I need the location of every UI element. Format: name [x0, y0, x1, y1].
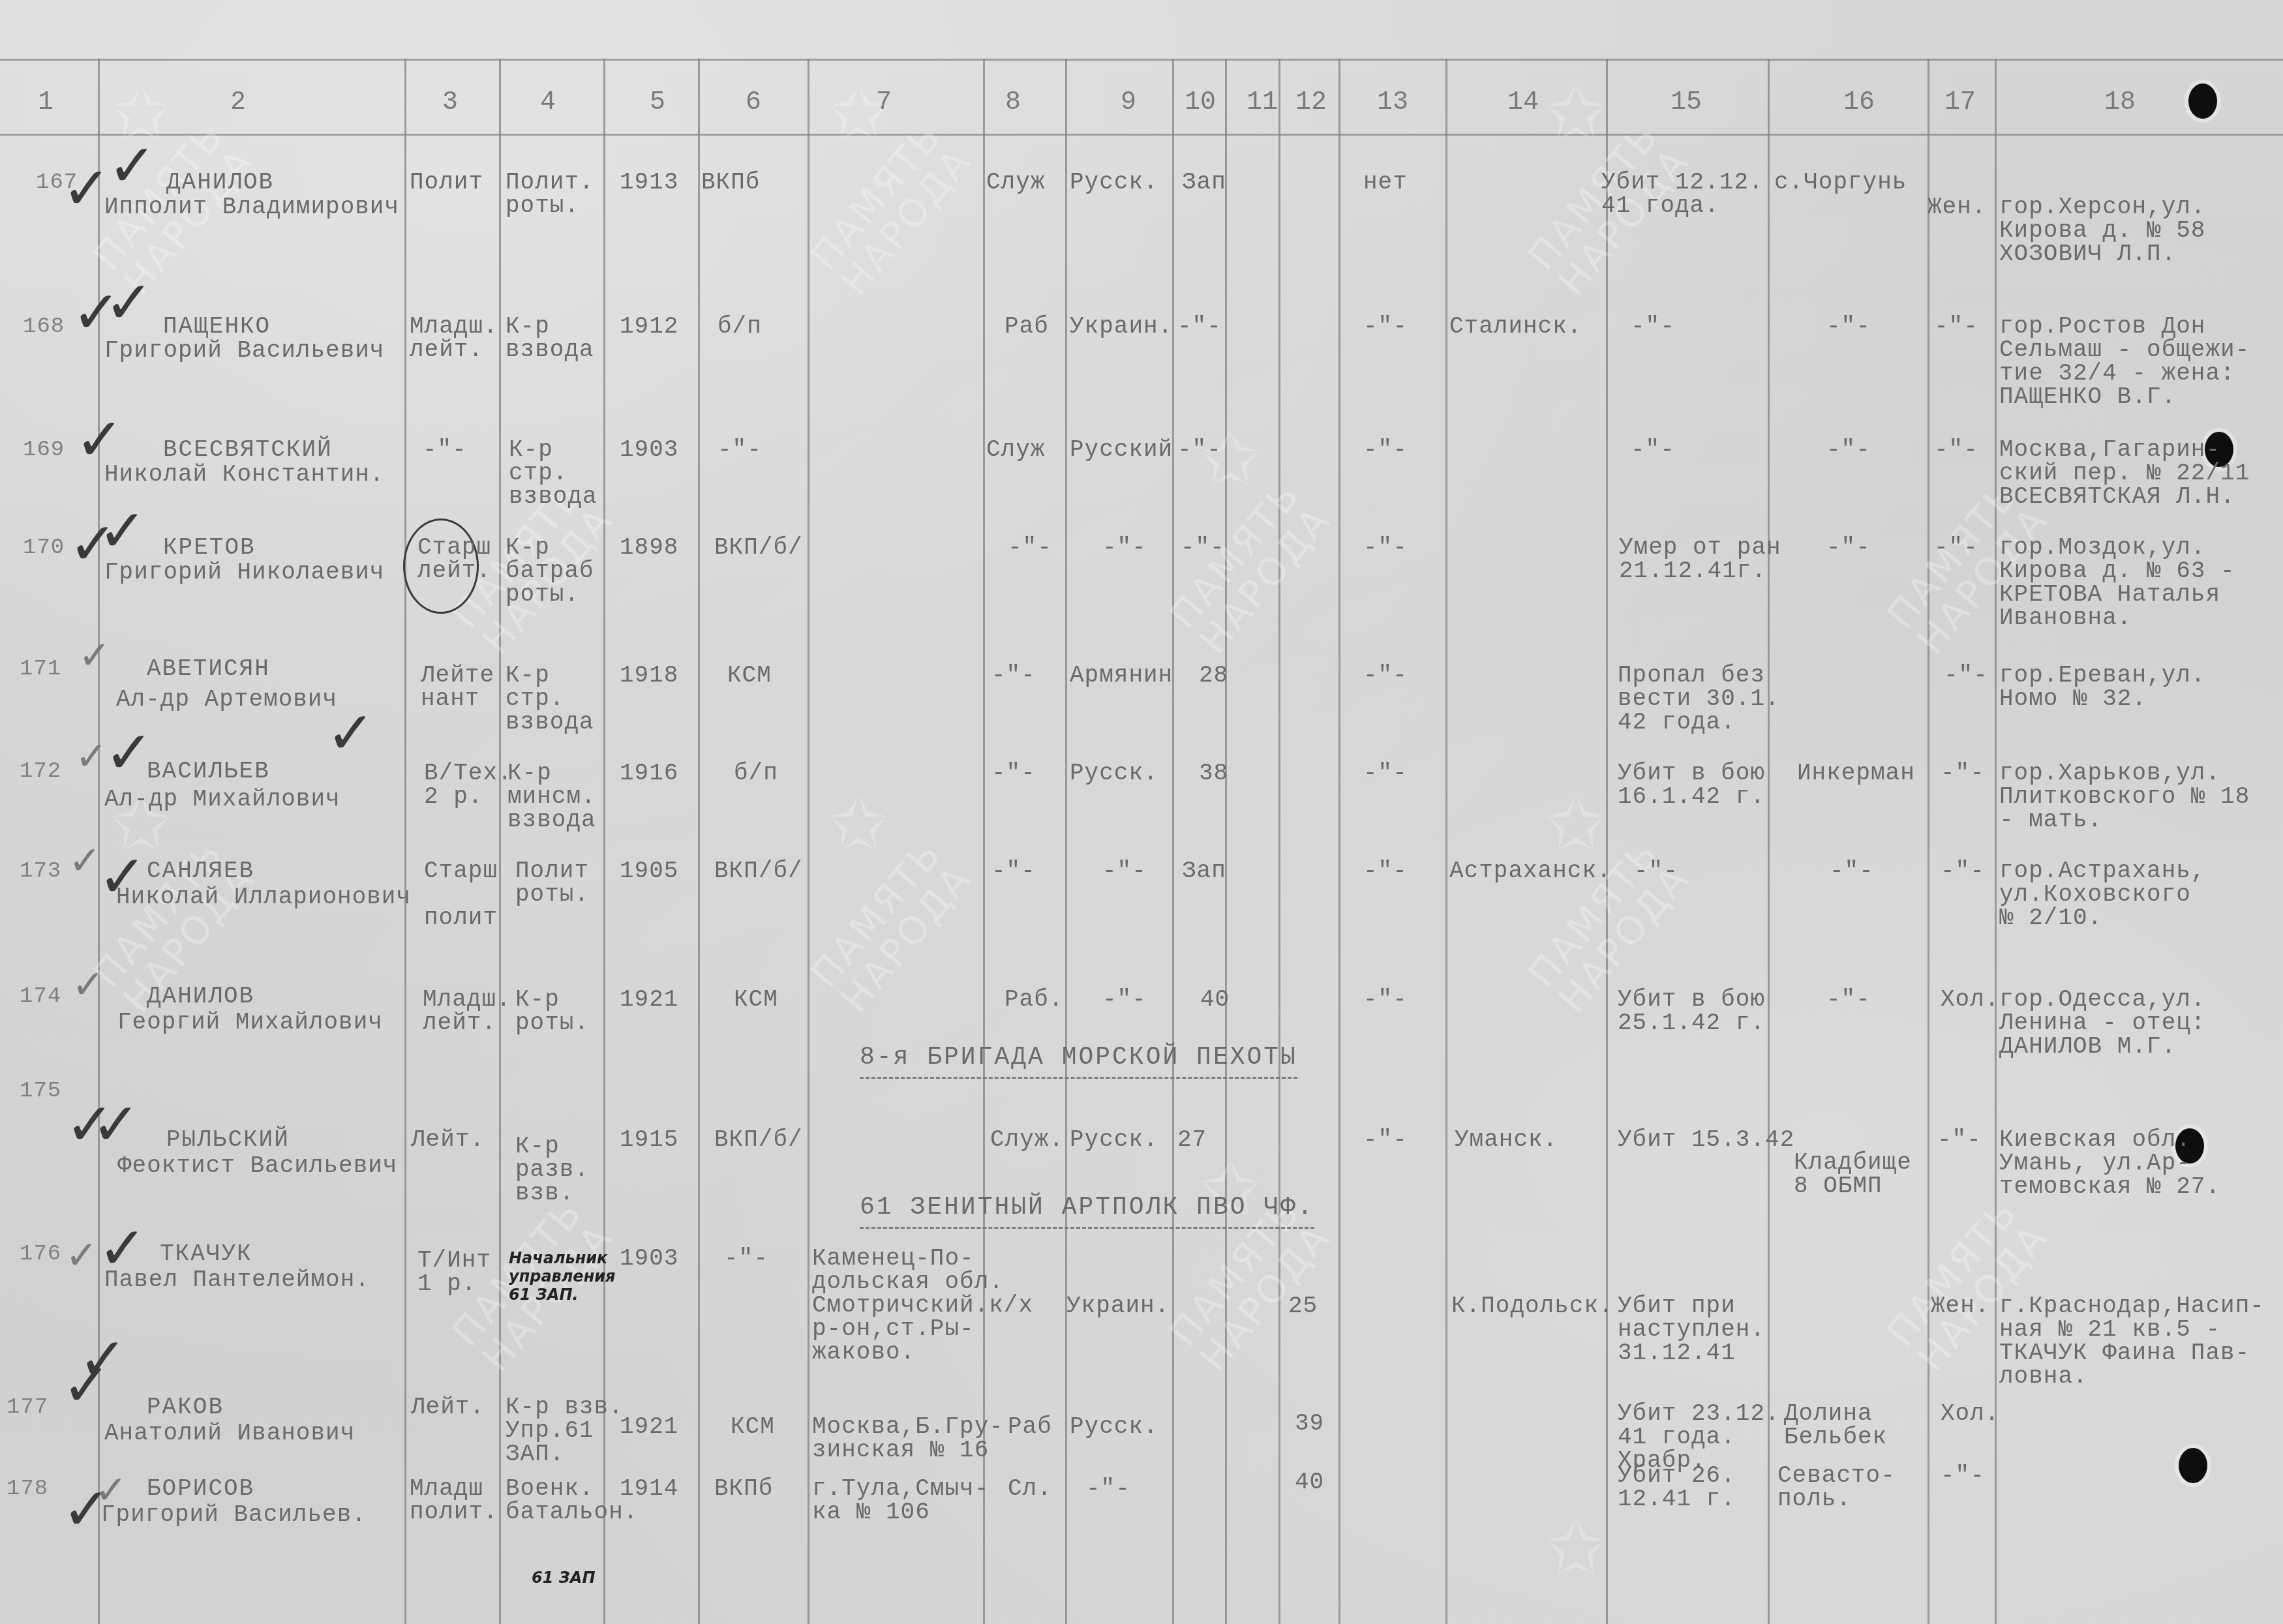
given-names: Георгий Михайлович	[117, 1011, 383, 1034]
social-origin: -"-	[991, 860, 1036, 883]
fate: -"-	[1631, 315, 1675, 338]
burial-place: -"-	[1830, 860, 1874, 883]
nationality: Русск.	[1070, 1415, 1158, 1439]
rank: Младш. лейт.	[423, 988, 511, 1035]
column-divider	[603, 59, 605, 1624]
birth-year: 1898	[620, 536, 678, 560]
surname: ПАЩЕНКО	[163, 315, 271, 338]
social-origin: Раб	[1005, 315, 1049, 338]
burial-place: Инкерман	[1797, 762, 1915, 785]
watermark-star-icon: ✩	[1546, 1507, 1606, 1590]
position: К-р стр. взвода	[509, 438, 597, 509]
col-10: 40	[1200, 988, 1230, 1012]
nationality: Армянин	[1070, 664, 1173, 687]
party: ВКП/б/	[714, 860, 803, 883]
birthplace-region: Сталинск.	[1449, 315, 1582, 338]
home-address: Каменец-По- дольская обл. Смотричский.к/…	[812, 1247, 1033, 1364]
burial-place: Севасто- поль.	[1777, 1464, 1896, 1511]
rank: -"-	[423, 438, 467, 462]
burial-place: Кладбище 8 ОБМП	[1794, 1151, 1912, 1198]
family-status: Жен.	[1928, 196, 1986, 219]
birth-year: 1916	[620, 762, 678, 785]
col-12: 25	[1288, 1295, 1318, 1318]
column-number-16: 16	[1843, 88, 1875, 117]
party: б/п	[734, 762, 778, 785]
family-status: Жен.	[1931, 1295, 1989, 1318]
col-13: нет	[1363, 171, 1408, 194]
birthplace-region: К.Подольск.	[1451, 1295, 1614, 1318]
party: КСМ	[731, 1415, 775, 1439]
surname: ДАНИЛОВ	[147, 985, 254, 1008]
party: КСМ	[727, 664, 772, 687]
burial-place: -"-	[1826, 315, 1871, 338]
column-number-18: 18	[2104, 88, 2136, 117]
fate: Умер от ран 21.12.41г.	[1619, 536, 1781, 583]
relatives-address: гор.Херсон,ул. Кирова д. № 58 ХОЗОВИЧ Л.…	[1999, 196, 2205, 266]
col-13: -"-	[1363, 438, 1408, 462]
position: Полит. роты.	[506, 171, 594, 218]
social-origin: Служ	[986, 438, 1045, 462]
relatives-address: Киевская обл. Умань, ул.Ар- темовская № …	[1999, 1128, 2220, 1199]
column-number-17: 17	[1944, 88, 1976, 117]
party: ВКПб	[714, 1477, 773, 1501]
nationality: -"-	[1086, 1477, 1130, 1501]
surname: БОРИСОВ	[147, 1477, 254, 1501]
top-border-line	[0, 59, 2283, 61]
birth-year: 1921	[620, 1415, 678, 1439]
column-number-14: 14	[1507, 88, 1539, 117]
birth-year: 1912	[620, 315, 678, 338]
column-divider	[499, 59, 501, 1624]
position: К-р взвода	[506, 315, 594, 362]
given-names: Ипполит Владимирович	[104, 196, 399, 219]
check-mark-icon: ✓	[65, 1236, 98, 1275]
burial-place: -"-	[1826, 988, 1871, 1012]
header-bottom-line	[0, 134, 2283, 136]
row-number: 170	[23, 536, 65, 560]
nationality: -"-	[1102, 988, 1147, 1012]
rank: В/Тех. 2 р.	[424, 762, 513, 809]
punch-hole	[2188, 83, 2217, 119]
surname: ВСЕСВЯТСКИЙ	[163, 438, 333, 462]
rank: Лейт.	[411, 1128, 485, 1152]
col-10: Зап	[1182, 860, 1226, 883]
row-number: 168	[23, 315, 65, 338]
column-number-6: 6	[746, 88, 761, 117]
column-divider	[698, 59, 700, 1624]
check-mark-icon: ✓	[68, 841, 101, 880]
watermark-text: ПАМЯТЬ НАРОДА	[804, 833, 978, 1019]
row-number: 167	[36, 171, 78, 194]
rank: Т/Инт 1 р.	[417, 1249, 491, 1296]
watermark-star-icon: ✩	[828, 783, 888, 866]
column-divider	[1995, 59, 1997, 1624]
column-number-2: 2	[230, 88, 246, 117]
party: ВКП/б/	[714, 536, 803, 560]
party: -"-	[724, 1247, 768, 1271]
birthplace-region: Астраханск.	[1449, 860, 1612, 883]
column-number-3: 3	[442, 88, 458, 117]
row-number: 169	[23, 438, 65, 462]
rank: Лейт.	[411, 1396, 485, 1419]
burial-place: Долина Бельбек	[1784, 1402, 1887, 1449]
col-10: -"-	[1177, 438, 1222, 462]
rank: Старш полит	[424, 860, 498, 930]
column-number-12: 12	[1295, 88, 1327, 117]
row-number: 178	[7, 1477, 48, 1501]
relatives-address: гор.Ереван,ул. Номо № 32.	[1999, 664, 2205, 711]
given-names: Анатолий Иванович	[104, 1422, 355, 1445]
relatives-address: Москва,Гагарин- ский пер. № 22/11 ВСЕСВЯ…	[1999, 438, 2250, 509]
surname: ВАСИЛЬЕВ	[147, 760, 270, 783]
surname: АВЕТИСЯН	[147, 657, 270, 681]
nationality: Русск.	[1070, 171, 1158, 194]
given-names: Ал-др Михайлович	[104, 788, 340, 811]
watermark-star-icon: ✩	[1546, 72, 1606, 155]
nationality: Украин.	[1070, 315, 1173, 338]
watermark-star-icon: ✩	[1546, 783, 1606, 866]
birth-year: 1913	[620, 171, 678, 194]
column-divider	[1172, 59, 1174, 1624]
column-divider	[1225, 59, 1227, 1624]
column-number-10: 10	[1185, 88, 1216, 117]
position: К-р роты.	[515, 988, 589, 1035]
col-10: 27	[1177, 1128, 1207, 1152]
relatives-address: г.Краснодар,Насип- ная № 21 кв.5 - ТКАЧУ…	[1999, 1295, 2265, 1389]
burial-place: -"-	[1826, 536, 1871, 560]
nationality: Русск.	[1070, 762, 1158, 785]
col-12: 39	[1295, 1412, 1324, 1436]
row-number: 174	[20, 985, 61, 1008]
column-number-1: 1	[38, 88, 53, 117]
family-status: Хол.	[1941, 988, 1999, 1012]
relatives-address: гор.Одесса,ул. Ленина - отец: ДАНИЛОВ М.…	[1999, 988, 2205, 1059]
home-address: Москва,Б.Гру- зинская № 16	[812, 1415, 1004, 1462]
column-number-4: 4	[540, 88, 556, 117]
given-names: Ал-др Артемович	[116, 688, 337, 712]
check-mark-icon: ✓	[78, 1331, 127, 1389]
birth-year: 1921	[620, 988, 678, 1012]
surname: КРЕТОВ	[163, 536, 256, 560]
party: ВКП/б/	[714, 1128, 803, 1152]
fate: Убит в бою 16.1.42 г.	[1618, 762, 1765, 809]
relatives-address: гор.Харьков,ул. Плитковского № 18 - мать…	[1999, 762, 2250, 832]
position: К-р минсм. взвода	[507, 762, 596, 832]
rank: Старш лейт.	[417, 536, 491, 583]
position: К-р стр. взвода	[506, 664, 594, 734]
col-13: -"-	[1363, 762, 1408, 785]
fate: -"-	[1634, 860, 1678, 883]
birth-year: 1905	[620, 860, 678, 883]
col-10: -"-	[1177, 315, 1222, 338]
row-number: 177	[7, 1396, 48, 1419]
column-divider	[1768, 59, 1770, 1624]
burial-place: -"-	[1826, 438, 1871, 462]
rank: Полит	[410, 171, 483, 194]
nationality: Русск.	[1070, 1128, 1158, 1152]
family-status: -"-	[1934, 315, 1978, 338]
fate: Убит при наступлен. 31.12.41	[1618, 1295, 1765, 1365]
given-names: Павел Пантелеймон.	[104, 1269, 370, 1292]
column-divider	[1445, 59, 1447, 1624]
relatives-address: гор.Ростов Дон Сельмаш - общежи- тие 32/…	[1999, 315, 2250, 409]
column-divider	[983, 59, 985, 1624]
given-names: Григорий Николаевич	[104, 561, 384, 584]
column-number-11: 11	[1247, 88, 1278, 117]
row-number: 176	[20, 1242, 61, 1266]
check-mark-icon: ✓	[326, 704, 375, 763]
social-origin: Сл.	[1008, 1477, 1052, 1501]
col-13: -"-	[1363, 664, 1408, 687]
birth-year: 1903	[620, 438, 678, 462]
party: б/п	[718, 315, 762, 338]
col-13: -"-	[1363, 536, 1408, 560]
fate: -"-	[1631, 438, 1675, 462]
given-names: Григорий Васильев.	[101, 1503, 367, 1527]
handwritten-note: Начальник управления 61 ЗАП.	[509, 1249, 615, 1304]
social-origin: Раб	[1008, 1415, 1052, 1439]
birth-year: 1918	[620, 664, 678, 687]
rank: Младш полит.	[410, 1477, 498, 1524]
column-divider	[1278, 59, 1280, 1624]
family-status: -"-	[1937, 1128, 1982, 1152]
birth-year: 1903	[620, 1247, 678, 1271]
fate: Убит 15.3.42	[1618, 1128, 1794, 1152]
social-origin: -"-	[991, 664, 1036, 687]
party: КСМ	[734, 988, 778, 1012]
family-status: -"-	[1941, 1464, 1985, 1488]
watermark-text: ПАМЯТЬ НАРОДА	[804, 115, 978, 302]
social-origin: -"-	[1008, 536, 1052, 560]
fate: Убит 12.12. 41 года.	[1601, 171, 1764, 218]
surname: САНЛЯЕВ	[147, 860, 254, 883]
section-header-regiment: 61 ЗЕНИТНЫЙ АРТПОЛК ПВО ЧФ.	[860, 1194, 1314, 1229]
section-header-brigade: 8-я БРИГАДА МОРСКОЙ ПЕХОТЫ	[860, 1044, 1297, 1079]
birthplace-region: Уманск.	[1455, 1128, 1558, 1152]
nationality: Украин.	[1066, 1295, 1170, 1318]
column-number-5: 5	[650, 88, 665, 117]
col-13: -"-	[1363, 315, 1408, 338]
column-divider	[1065, 59, 1067, 1624]
social-origin: Служ	[986, 171, 1045, 194]
family-status: -"-	[1934, 536, 1978, 560]
surname: РЫЛЬСКИЙ	[166, 1128, 290, 1152]
watermark-text: ПАМЯТЬ НАРОДА	[1163, 474, 1337, 661]
punch-hole	[2179, 1448, 2207, 1483]
check-mark-icon: ✓	[78, 636, 111, 675]
nationality: -"-	[1102, 536, 1147, 560]
col-10: -"-	[1181, 536, 1225, 560]
birth-year: 1914	[620, 1477, 678, 1501]
social-origin: Служ.	[990, 1128, 1064, 1152]
rank: Младш. лейт.	[410, 315, 498, 362]
column-number-8: 8	[1005, 88, 1021, 117]
position: К-р батраб роты.	[506, 536, 594, 607]
position: К-р взв. Упр.61 ЗАП.	[506, 1396, 624, 1466]
relatives-address: гор.Моздок,ул. Кирова д. № 63 - КРЕТОВА …	[1999, 536, 2235, 630]
column-divider	[1338, 59, 1340, 1624]
col-10: Зап	[1182, 171, 1226, 194]
column-number-7: 7	[876, 88, 892, 117]
check-mark-icon: ✓	[104, 274, 153, 333]
burial-place: с.Чоргунь	[1774, 171, 1907, 194]
party: -"-	[718, 438, 762, 462]
given-names: Николай Илларионович	[116, 886, 411, 909]
check-mark-icon: ✓	[75, 737, 108, 776]
position: Военк. батальон.	[506, 1477, 638, 1524]
column-divider	[1606, 59, 1608, 1624]
social-origin: Раб.	[1005, 988, 1063, 1012]
col-10: 28	[1199, 664, 1228, 687]
surname: РАКОВ	[147, 1396, 224, 1419]
given-names: Григорий Васильевич	[104, 339, 384, 363]
check-mark-icon: ✓	[91, 1096, 140, 1154]
check-mark-icon: ✓	[72, 965, 104, 1004]
party: ВКПб	[701, 171, 760, 194]
family-status: Хол.	[1941, 1402, 1999, 1426]
fate: Убит 26. 12.41 г.	[1618, 1464, 1736, 1511]
col-13: -"-	[1363, 1128, 1408, 1152]
home-address: г.Тула,Смыч- ка № 106	[812, 1477, 989, 1524]
col-10: 38	[1199, 762, 1228, 785]
archival-document-page: 1 2 3 4 5 6 7 8 9 10 11 12 13 14 15 16 1…	[0, 0, 2283, 1624]
fate: Убит в бою 25.1.42 г.	[1618, 988, 1765, 1035]
fate: Пропал без вести 30.1. 42 года.	[1618, 664, 1780, 734]
column-divider	[808, 59, 809, 1624]
rank: Лейте нант	[421, 664, 494, 711]
family-status: -"-	[1944, 664, 1988, 687]
row-number: 173	[20, 860, 61, 883]
check-mark-icon: ✓	[98, 502, 147, 561]
given-names: Феоктист Васильевич	[117, 1154, 397, 1178]
col-12: 40	[1295, 1471, 1324, 1494]
relatives-address: гор.Астрахань, ул.Коховского № 2/10.	[1999, 860, 2205, 930]
family-status: -"-	[1934, 438, 1978, 462]
row-number: 175	[20, 1079, 61, 1103]
column-divider	[1928, 59, 1929, 1624]
social-origin: -"-	[991, 762, 1036, 785]
surname: ТКАЧУК	[160, 1242, 252, 1266]
handwritten-note: 61 ЗАП	[532, 1569, 595, 1587]
check-mark-icon: ✓	[108, 137, 157, 196]
row-number: 172	[20, 760, 61, 783]
column-divider	[404, 59, 406, 1624]
family-status: -"-	[1941, 860, 1985, 883]
surname: ДАНИЛОВ	[166, 171, 274, 194]
column-number-13: 13	[1377, 88, 1408, 117]
position: Полит роты.	[515, 860, 589, 907]
birth-year: 1915	[620, 1128, 678, 1152]
col-13: -"-	[1363, 988, 1408, 1012]
row-number: 171	[20, 657, 61, 681]
column-number-15: 15	[1671, 88, 1702, 117]
nationality: Русский	[1070, 438, 1173, 462]
column-number-9: 9	[1121, 88, 1136, 117]
given-names: Николай Константин.	[104, 463, 384, 487]
family-status: -"-	[1941, 762, 1985, 785]
col-13: -"-	[1363, 860, 1408, 883]
position: К-р разв. взв.	[515, 1135, 589, 1205]
nationality: -"-	[1102, 860, 1147, 883]
